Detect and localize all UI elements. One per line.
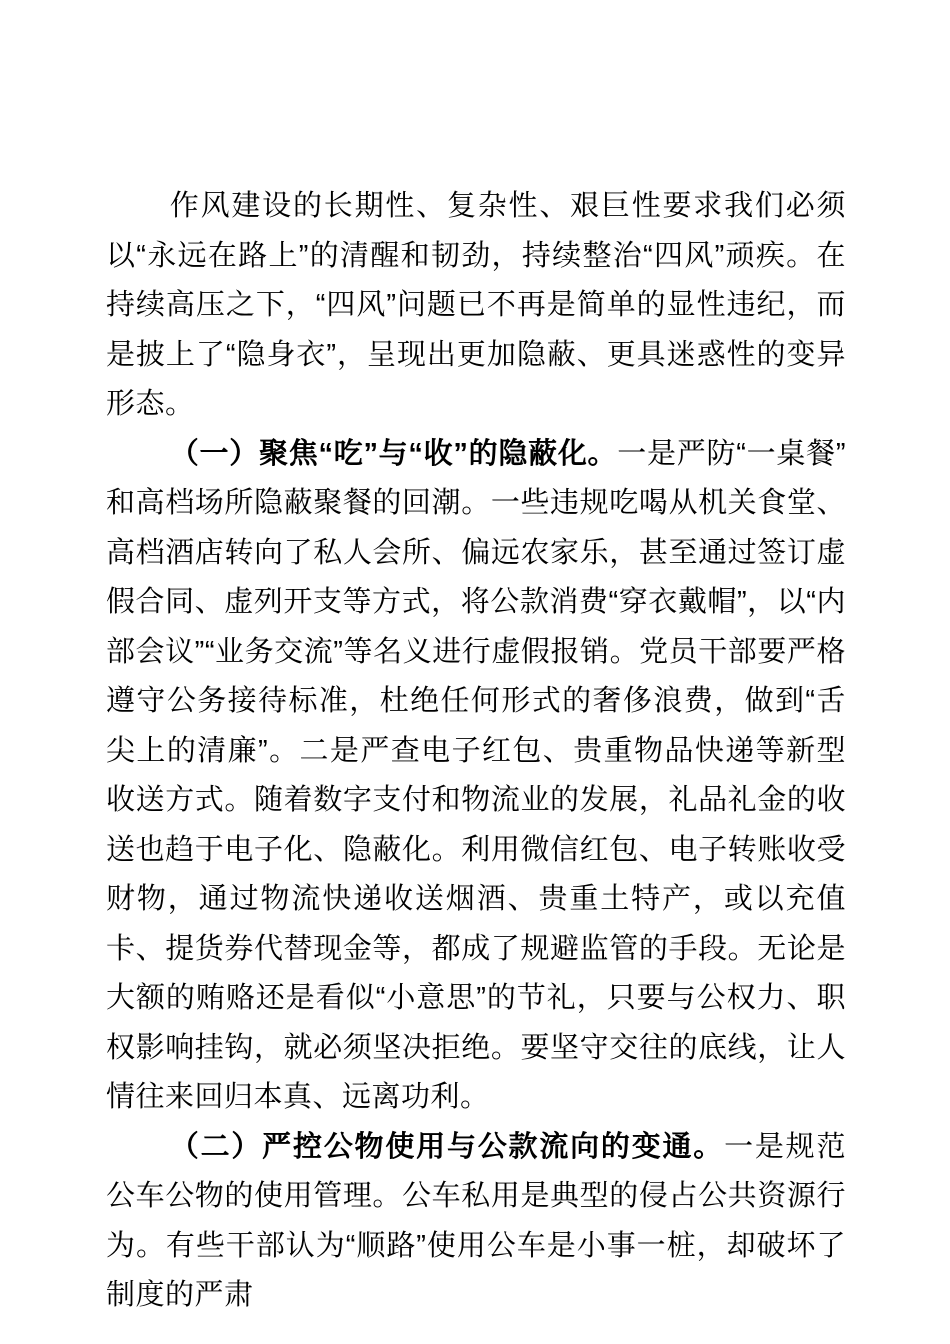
paragraph-section-2-heading: （二）严控公物使用与公款流向的变通。 — [170, 1131, 724, 1163]
paragraph-section-1-heading: （一）聚焦“吃”与“收”的隐蔽化。 — [170, 438, 618, 470]
paragraph-section-2: （二）严控公物使用与公款流向的变通。一是规范公车公物的使用管理。公车私用是典型的… — [106, 1123, 846, 1321]
paragraph-section-1: （一）聚焦“吃”与“收”的隐蔽化。一是严防“一桌餐”和高档场所隐蔽聚餐的回潮。一… — [106, 430, 846, 1123]
document-page: 作风建设的长期性、复杂性、艰巨性要求我们必须以“永远在路上”的清醒和韧劲，持续整… — [0, 0, 950, 1344]
paragraph-section-1-text: 一是严防“一桌餐”和高档场所隐蔽聚餐的回潮。一些违规吃喝从机关食堂、高档酒店转向… — [106, 438, 846, 1114]
paragraph-intro-text: 作风建设的长期性、复杂性、艰巨性要求我们必须以“永远在路上”的清醒和韧劲，持续整… — [106, 190, 846, 420]
paragraph-intro: 作风建设的长期性、复杂性、艰巨性要求我们必须以“永远在路上”的清醒和韧劲，持续整… — [106, 182, 846, 430]
document-content: 作风建设的长期性、复杂性、艰巨性要求我们必须以“永远在路上”的清醒和韧劲，持续整… — [106, 182, 846, 1321]
